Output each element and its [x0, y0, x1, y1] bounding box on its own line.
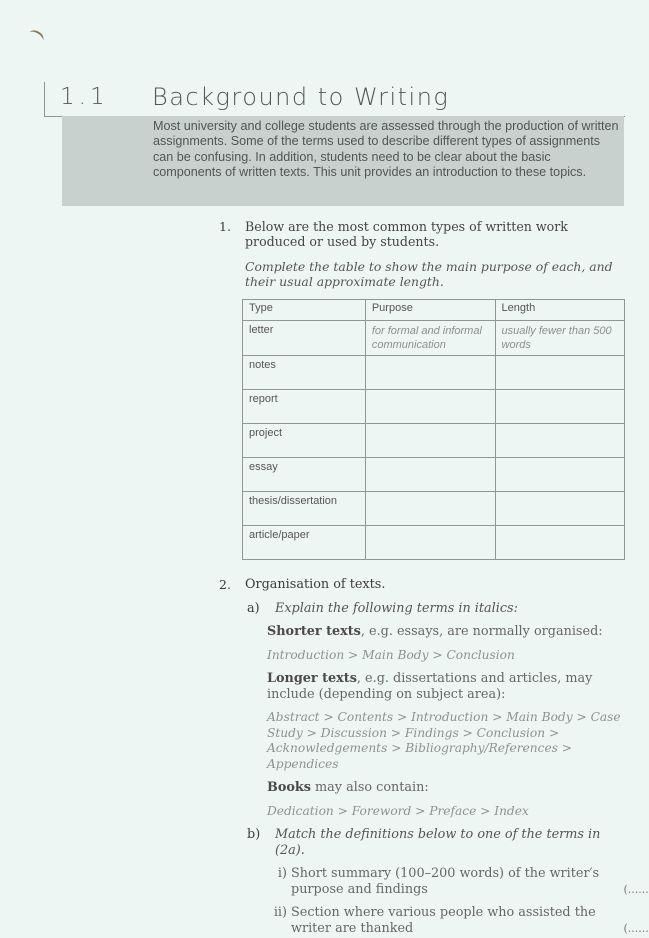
- intro-text: Most university and college students are…: [153, 119, 621, 181]
- table-row: notes: [243, 356, 625, 390]
- part-a: a) Explain the following terms in italic…: [249, 601, 629, 820]
- cell-type: letter: [243, 321, 366, 356]
- books-desc: may also contain:: [311, 780, 429, 795]
- header-purpose: Purpose: [365, 300, 495, 321]
- part-b: b) Match the definitions below to one of…: [249, 827, 629, 936]
- section-heading: 1.1 Background to Writing: [44, 82, 625, 117]
- answer-blank[interactable]: (......): [623, 921, 649, 937]
- cell-type: notes: [243, 356, 366, 390]
- header-length: Length: [495, 300, 624, 321]
- cell-length[interactable]: usually fewer than 500 words: [495, 321, 624, 356]
- section-number: 1.1: [60, 84, 109, 110]
- cell-length[interactable]: [495, 458, 624, 492]
- definition-item: ii) Section where various people who ass…: [291, 905, 633, 936]
- definition-text: Short summary (100–200 words) of the wri…: [291, 866, 599, 897]
- definition-text: Section where various people who assiste…: [291, 905, 596, 936]
- item-number: ii): [265, 905, 287, 921]
- table-row: essay: [243, 458, 625, 492]
- shorter-sequence: Introduction > Main Body > Conclusion: [267, 648, 629, 664]
- shorter-desc: , e.g. essays, are normally organised:: [361, 624, 603, 639]
- books-sequence: Dedication > Foreword > Preface > Index: [267, 804, 629, 820]
- question-lead: Below are the most common types of writt…: [245, 219, 629, 249]
- shorter-label: Shorter texts: [267, 624, 361, 639]
- item-number: i): [265, 866, 287, 882]
- question-number: 2.: [219, 577, 231, 592]
- cell-length[interactable]: [495, 356, 624, 390]
- cell-type: article/paper: [243, 526, 366, 560]
- cell-purpose[interactable]: for formal and informal communication: [365, 321, 495, 356]
- cell-purpose[interactable]: [365, 492, 495, 526]
- table-row: thesis/dissertation: [243, 492, 625, 526]
- pen-mark: [26, 28, 46, 47]
- intro-box: Most university and college students are…: [62, 116, 624, 206]
- part-b-instruction: Match the definitions below to one of th…: [275, 827, 629, 858]
- definition-item: i) Short summary (100–200 words) of the …: [291, 866, 633, 897]
- longer-sequence: Abstract > Contents > Introduction > Mai…: [267, 710, 629, 772]
- cell-length[interactable]: [495, 492, 624, 526]
- table-row: project: [243, 424, 625, 458]
- cell-length[interactable]: [495, 390, 624, 424]
- section-title: Background to Writing: [152, 83, 449, 111]
- part-label: a): [247, 601, 260, 616]
- part-a-instruction: Explain the following terms in italics:: [275, 601, 629, 617]
- cell-length[interactable]: [495, 424, 624, 458]
- answer-blank[interactable]: (......): [623, 882, 649, 898]
- cell-type: project: [243, 424, 366, 458]
- table-row: article/paper: [243, 526, 625, 560]
- table-row: report: [243, 390, 625, 424]
- cell-type: essay: [243, 458, 366, 492]
- cell-purpose[interactable]: [365, 390, 495, 424]
- cell-purpose[interactable]: [365, 458, 495, 492]
- table-row: letterfor formal and informal communicat…: [243, 321, 625, 356]
- question-1: 1. Below are the most common types of wr…: [219, 219, 629, 289]
- question-number: 1.: [219, 219, 231, 234]
- cell-purpose[interactable]: [365, 526, 495, 560]
- cell-type: thesis/dissertation: [243, 492, 366, 526]
- books-label: Books: [267, 780, 311, 795]
- part-label: b): [247, 827, 260, 842]
- question-2: 2. Organisation of texts. a) Explain the…: [219, 577, 629, 936]
- cell-length[interactable]: [495, 526, 624, 560]
- question-instruction: Complete the table to show the main purp…: [245, 259, 629, 289]
- table-header-row: Type Purpose Length: [243, 300, 625, 321]
- header-type: Type: [243, 300, 366, 321]
- question-title: Organisation of texts.: [245, 577, 629, 593]
- writing-types-table: Type Purpose Length letterfor formal and…: [242, 299, 625, 560]
- cell-purpose[interactable]: [365, 356, 495, 390]
- cell-purpose[interactable]: [365, 424, 495, 458]
- longer-label: Longer texts: [267, 671, 357, 686]
- cell-type: report: [243, 390, 366, 424]
